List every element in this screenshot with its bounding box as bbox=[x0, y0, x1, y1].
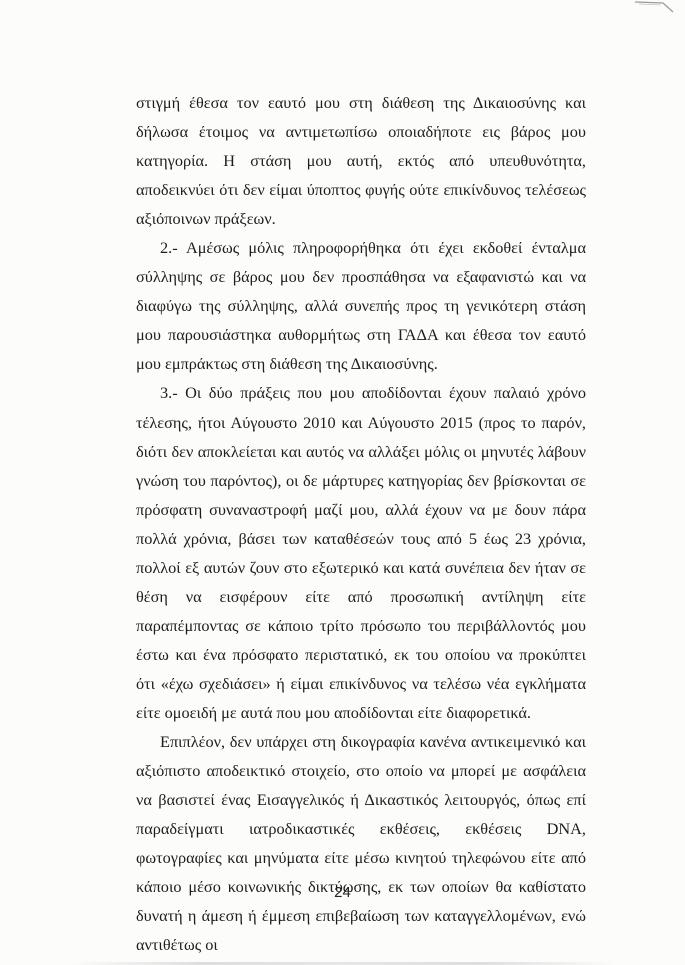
document-body: στιγμή έθεσα τον εαυτό μου στη διάθεση τ… bbox=[136, 88, 586, 959]
paragraph-continuation: στιγμή έθεσα τον εαυτό μου στη διάθεση τ… bbox=[136, 88, 586, 233]
paragraph-item-2: 2.- Αμέσως μόλις πληροφορήθηκα ότι έχει … bbox=[136, 233, 586, 378]
paragraph-furthermore: Επιπλέον, δεν υπάρχει στη δικογραφία καν… bbox=[136, 727, 586, 959]
document-page: στιγμή έθεσα τον εαυτό μου στη διάθεση τ… bbox=[0, 0, 685, 965]
page-number: 24 bbox=[0, 884, 685, 901]
paragraph-item-3: 3.- Οι δύο πράξεις που μου αποδίδονται έ… bbox=[136, 378, 586, 727]
staple-mark-icon bbox=[633, 0, 677, 14]
